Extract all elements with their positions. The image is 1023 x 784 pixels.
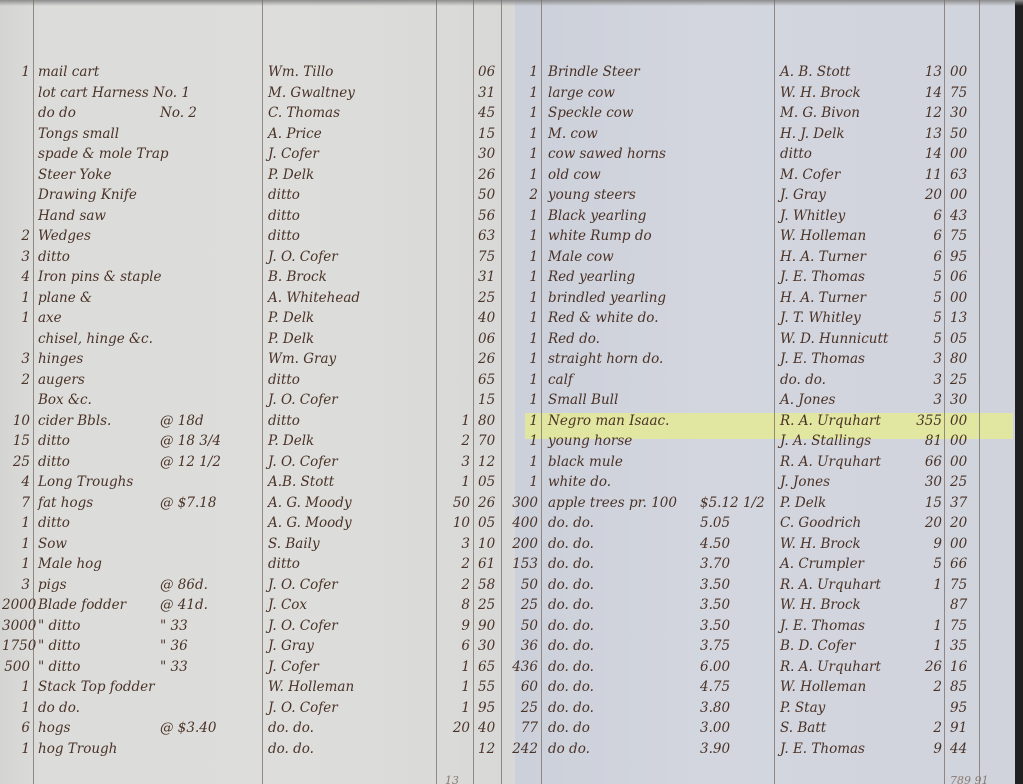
item-description: large cow: [548, 82, 615, 104]
buyer-name: R. A. Urquhart: [780, 656, 881, 678]
ledger-row: 50do. do.3.50R. A. Urquhart175: [0, 574, 1023, 596]
amount-cents: 16: [950, 656, 980, 678]
ledger-row: 1large cowW. H. Brock1475: [0, 82, 1023, 104]
item-quantity: 1: [510, 471, 538, 493]
item-quantity: 77: [510, 717, 538, 739]
buyer-name: W. Holleman: [780, 676, 866, 698]
ledger-row: 1Speckle cowM. G. Bivon1230: [0, 102, 1023, 124]
amount-cents: 00: [950, 430, 980, 452]
item-rate: 3.75: [700, 635, 730, 657]
amount-dollars: 3: [912, 389, 942, 411]
amount-dollars: 14: [912, 143, 942, 165]
amount-dollars: 13: [912, 61, 942, 83]
item-description: Red yearling: [548, 266, 635, 288]
item-quantity: 1: [510, 451, 538, 473]
item-quantity: 1: [510, 348, 538, 370]
ledger-row: 1brindled yearlingH. A. Turner500: [0, 287, 1023, 309]
amount-cents: 75: [950, 574, 980, 596]
ledger-row: 300apple trees pr. 100$5.12 1/2P. Delk15…: [0, 492, 1023, 514]
amount-dollars: 6: [912, 205, 942, 227]
amount-dollars: 2: [912, 717, 942, 739]
amount-dollars: 9: [912, 738, 942, 760]
item-quantity: 242: [510, 738, 538, 760]
item-description: black mule: [548, 451, 623, 473]
item-description: calf: [548, 369, 573, 391]
item-description: do. do.: [548, 697, 594, 719]
amount-cents: 43: [950, 205, 980, 227]
item-quantity: 1: [510, 61, 538, 83]
item-rate: $5.12 1/2: [700, 492, 765, 514]
amount-cents: 00: [950, 184, 980, 206]
amount-cents: 00: [950, 533, 980, 555]
amount-cents: 00: [950, 410, 980, 432]
item-description: Red & white do.: [548, 307, 659, 329]
item-quantity: 2: [510, 184, 538, 206]
ledger-row: 436do. do.6.00R. A. Urquhart2616: [0, 656, 1023, 678]
item-description: do. do.: [548, 553, 594, 575]
amount-dollars: 12: [912, 102, 942, 124]
item-description: do. do.: [548, 635, 594, 657]
buyer-name: P. Delk: [780, 492, 826, 514]
amount-cents: 91: [950, 717, 980, 739]
ledger-row: 1Negro man Isaac.R. A. Urquhart35500: [0, 410, 1023, 432]
amount-cents: 25: [950, 369, 980, 391]
amount-dollars: 9: [912, 533, 942, 555]
buyer-name: W. H. Brock: [780, 533, 861, 555]
amount-dollars: 81: [912, 430, 942, 452]
item-quantity: 1: [510, 82, 538, 104]
item-description: Small Bull: [548, 389, 618, 411]
item-quantity: 1: [510, 266, 538, 288]
item-rate: 3.70: [700, 553, 730, 575]
ledger-row: 1Small BullA. Jones330: [0, 389, 1023, 411]
amount-cents: 95: [950, 697, 980, 719]
item-description: do. do.: [548, 615, 594, 637]
buyer-name: J. Gray: [780, 184, 826, 206]
ledger-row: 1Red do.W. D. Hunnicutt505: [0, 328, 1023, 350]
item-quantity: 1: [510, 205, 538, 227]
buyer-name: S. Batt: [780, 717, 826, 739]
amount-cents: 37: [950, 492, 980, 514]
amount-cents: 00: [950, 143, 980, 165]
amount-dollars: 1: [912, 615, 942, 637]
ledger-row: 1M. cowH. J. Delk1350: [0, 123, 1023, 145]
item-rate: 4.50: [700, 533, 730, 555]
buyer-name: A. B. Stott: [780, 61, 851, 83]
ledger-row: 36do. do.3.75B. D. Cofer135: [0, 635, 1023, 657]
item-rate: 3.00: [700, 717, 730, 739]
item-rate: 5.05: [700, 512, 730, 534]
amount-dollars: 11: [912, 164, 942, 186]
item-description: Speckle cow: [548, 102, 633, 124]
item-quantity: 25: [510, 594, 538, 616]
item-description: cow sawed horns: [548, 143, 666, 165]
amount-dollars: 6: [912, 246, 942, 268]
amount-cents: 13: [950, 307, 980, 329]
amount-cents: 87: [950, 594, 980, 616]
item-description: do. do.: [548, 574, 594, 596]
buyer-name: R. A. Urquhart: [780, 451, 881, 473]
ledger-row: 1Black yearlingJ. Whitley643: [0, 205, 1023, 227]
buyer-name: W. H. Brock: [780, 594, 861, 616]
amount-dollars: 1: [912, 635, 942, 657]
ledger-row: 153do. do.3.70A. Crumpler566: [0, 553, 1023, 575]
amount-dollars: 15: [912, 492, 942, 514]
item-quantity: 1: [510, 389, 538, 411]
ledger-row: 1white do.J. Jones3025: [0, 471, 1023, 493]
item-quantity: 1: [510, 369, 538, 391]
item-quantity: 1: [510, 102, 538, 124]
amount-dollars: 5: [912, 287, 942, 309]
item-description: M. cow: [548, 123, 598, 145]
item-quantity: 60: [510, 676, 538, 698]
item-description: straight horn do.: [548, 348, 663, 370]
amount-cents: 20: [950, 512, 980, 534]
item-quantity: 1: [510, 287, 538, 309]
amount-cents: 95: [950, 246, 980, 268]
amount-cents: 30: [950, 102, 980, 124]
amount-dollars: 26: [912, 656, 942, 678]
item-rate: 6.00: [700, 656, 730, 678]
amount-dollars: 13: [912, 123, 942, 145]
ledger-row: 1cow sawed hornsditto1400: [0, 143, 1023, 165]
ledger-row: 50do. do.3.50J. E. Thomas175: [0, 615, 1023, 637]
buyer-name: H. J. Delk: [780, 123, 845, 145]
page-top-shadow: [0, 0, 1023, 6]
amount-dollars: 20: [912, 512, 942, 534]
item-description: do. do.: [548, 512, 594, 534]
buyer-name: R. A. Urquhart: [780, 574, 881, 596]
item-description: Black yearling: [548, 205, 646, 227]
buyer-name: W. D. Hunnicutt: [780, 328, 888, 350]
ledger-row: 1old cowM. Cofer1163: [0, 164, 1023, 186]
ledger-row: 25do. do.3.80P. Stay95: [0, 697, 1023, 719]
item-description: do. do.: [548, 676, 594, 698]
amount-cents: 00: [950, 61, 980, 83]
buyer-name: J. E. Thomas: [780, 615, 865, 637]
ledger-row: 1straight horn do.J. E. Thomas380: [0, 348, 1023, 370]
buyer-name: H. A. Turner: [780, 287, 866, 309]
buyer-name: W. H. Brock: [780, 82, 861, 104]
item-rate: 3.50: [700, 594, 730, 616]
item-description: white do.: [548, 471, 611, 493]
item-quantity: 1: [510, 430, 538, 452]
ledger-row: 60do. do.4.75W. Holleman285: [0, 676, 1023, 698]
amount-dollars: 1: [912, 574, 942, 596]
ledger-row: 1Red & white do.J. T. Whitley513: [0, 307, 1023, 329]
buyer-name: H. A. Turner: [780, 246, 866, 268]
buyer-name: A. Jones: [780, 389, 835, 411]
amount-cents: 75: [950, 615, 980, 637]
ledger-row: 200do. do.4.50W. H. Brock900: [0, 533, 1023, 555]
page-footer-total: 13: [445, 770, 459, 784]
ledger-row: 1calfdo. do.325: [0, 369, 1023, 391]
amount-dollars: 30: [912, 471, 942, 493]
amount-cents: 85: [950, 676, 980, 698]
item-quantity: 50: [510, 615, 538, 637]
ledger-row: 1Male cowH. A. Turner695: [0, 246, 1023, 268]
item-quantity: 1: [510, 123, 538, 145]
item-quantity: 50: [510, 574, 538, 596]
ledger-row: 242do do.3.90J. E. Thomas944: [0, 738, 1023, 760]
ledger-row: 1white Rump doW. Holleman675: [0, 225, 1023, 247]
amount-cents: 66: [950, 553, 980, 575]
amount-dollars: 355: [912, 410, 942, 432]
amount-dollars: 2: [912, 676, 942, 698]
item-quantity: 1: [510, 164, 538, 186]
item-description: do. do.: [548, 656, 594, 678]
amount-cents: 00: [950, 287, 980, 309]
amount-dollars: 6: [912, 225, 942, 247]
amount-cents: 63: [950, 164, 980, 186]
buyer-name: J. E. Thomas: [780, 738, 865, 760]
item-quantity: 1: [510, 307, 538, 329]
ledger-row: 77do. do3.00S. Batt291: [0, 717, 1023, 739]
buyer-name: J. A. Stallings: [780, 430, 871, 452]
item-quantity: 1: [510, 225, 538, 247]
amount-dollars: 5: [912, 307, 942, 329]
item-description: do. do.: [548, 533, 594, 555]
buyer-name: J. E. Thomas: [780, 266, 865, 288]
buyer-name: P. Stay: [780, 697, 825, 719]
item-rate: 4.75: [700, 676, 730, 698]
item-rate: 3.80: [700, 697, 730, 719]
item-description: Male cow: [548, 246, 614, 268]
buyer-name: do. do.: [780, 369, 826, 391]
buyer-name: B. D. Cofer: [780, 635, 855, 657]
item-quantity: 1: [510, 328, 538, 350]
buyer-name: J. E. Thomas: [780, 348, 865, 370]
amount-cents: 35: [950, 635, 980, 657]
item-description: brindled yearling: [548, 287, 666, 309]
amount-cents: 75: [950, 225, 980, 247]
amount-dollars: 5: [912, 328, 942, 350]
item-description: do. do.: [548, 594, 594, 616]
amount-dollars: 5: [912, 266, 942, 288]
item-rate: 3.90: [700, 738, 730, 760]
amount-cents: 25: [950, 471, 980, 493]
page-footer-total: 789 91: [950, 770, 989, 784]
item-quantity: 300: [510, 492, 538, 514]
ledger-row: 1black muleR. A. Urquhart6600: [0, 451, 1023, 473]
item-quantity: 25: [510, 697, 538, 719]
ledger-row: 1Red yearlingJ. E. Thomas506: [0, 266, 1023, 288]
item-description: Negro man Isaac.: [548, 410, 669, 432]
item-description: apple trees pr. 100: [548, 492, 677, 514]
item-quantity: 400: [510, 512, 538, 534]
item-rate: 3.50: [700, 574, 730, 596]
amount-dollars: 66: [912, 451, 942, 473]
item-description: young steers: [548, 184, 636, 206]
amount-dollars: 3: [912, 369, 942, 391]
buyer-name: W. Holleman: [780, 225, 866, 247]
item-description: old cow: [548, 164, 601, 186]
buyer-name: A. Crumpler: [780, 553, 864, 575]
amount-cents: 50: [950, 123, 980, 145]
buyer-name: ditto: [780, 143, 812, 165]
item-rate: 3.50: [700, 615, 730, 637]
item-quantity: 200: [510, 533, 538, 555]
ledger-row: 1Brindle SteerA. B. Stott1300: [0, 61, 1023, 83]
ledger-row: 1young horseJ. A. Stallings8100: [0, 430, 1023, 452]
ledger-row: 2young steersJ. Gray2000: [0, 184, 1023, 206]
buyer-name: J. Jones: [780, 471, 830, 493]
amount-dollars: 20: [912, 184, 942, 206]
item-quantity: 436: [510, 656, 538, 678]
amount-cents: 80: [950, 348, 980, 370]
buyer-name: R. A. Urquhart: [780, 410, 881, 432]
item-description: do do.: [548, 738, 590, 760]
item-quantity: 1: [510, 143, 538, 165]
amount-dollars: 5: [912, 553, 942, 575]
buyer-name: J. Whitley: [780, 205, 845, 227]
buyer-name: J. T. Whitley: [780, 307, 861, 329]
amount-dollars: 14: [912, 82, 942, 104]
buyer-name: M. Cofer: [780, 164, 840, 186]
item-quantity: 1: [510, 246, 538, 268]
item-description: young horse: [548, 430, 632, 452]
item-quantity: 153: [510, 553, 538, 575]
item-description: Red do.: [548, 328, 600, 350]
amount-dollars: 3: [912, 348, 942, 370]
item-description: do. do: [548, 717, 590, 739]
amount-cents: 06: [950, 266, 980, 288]
amount-cents: 05: [950, 328, 980, 350]
ledger-row: 400do. do.5.05C. Goodrich2020: [0, 512, 1023, 534]
amount-cents: 75: [950, 82, 980, 104]
item-description: white Rump do: [548, 225, 652, 247]
buyer-name: M. G. Bivon: [780, 102, 860, 124]
item-description: Brindle Steer: [548, 61, 640, 83]
amount-cents: 44: [950, 738, 980, 760]
buyer-name: C. Goodrich: [780, 512, 861, 534]
amount-cents: 30: [950, 389, 980, 411]
item-quantity: 36: [510, 635, 538, 657]
amount-cents: 00: [950, 451, 980, 473]
item-quantity: 1: [510, 410, 538, 432]
ledger-row: 25do. do.3.50W. H. Brock87: [0, 594, 1023, 616]
